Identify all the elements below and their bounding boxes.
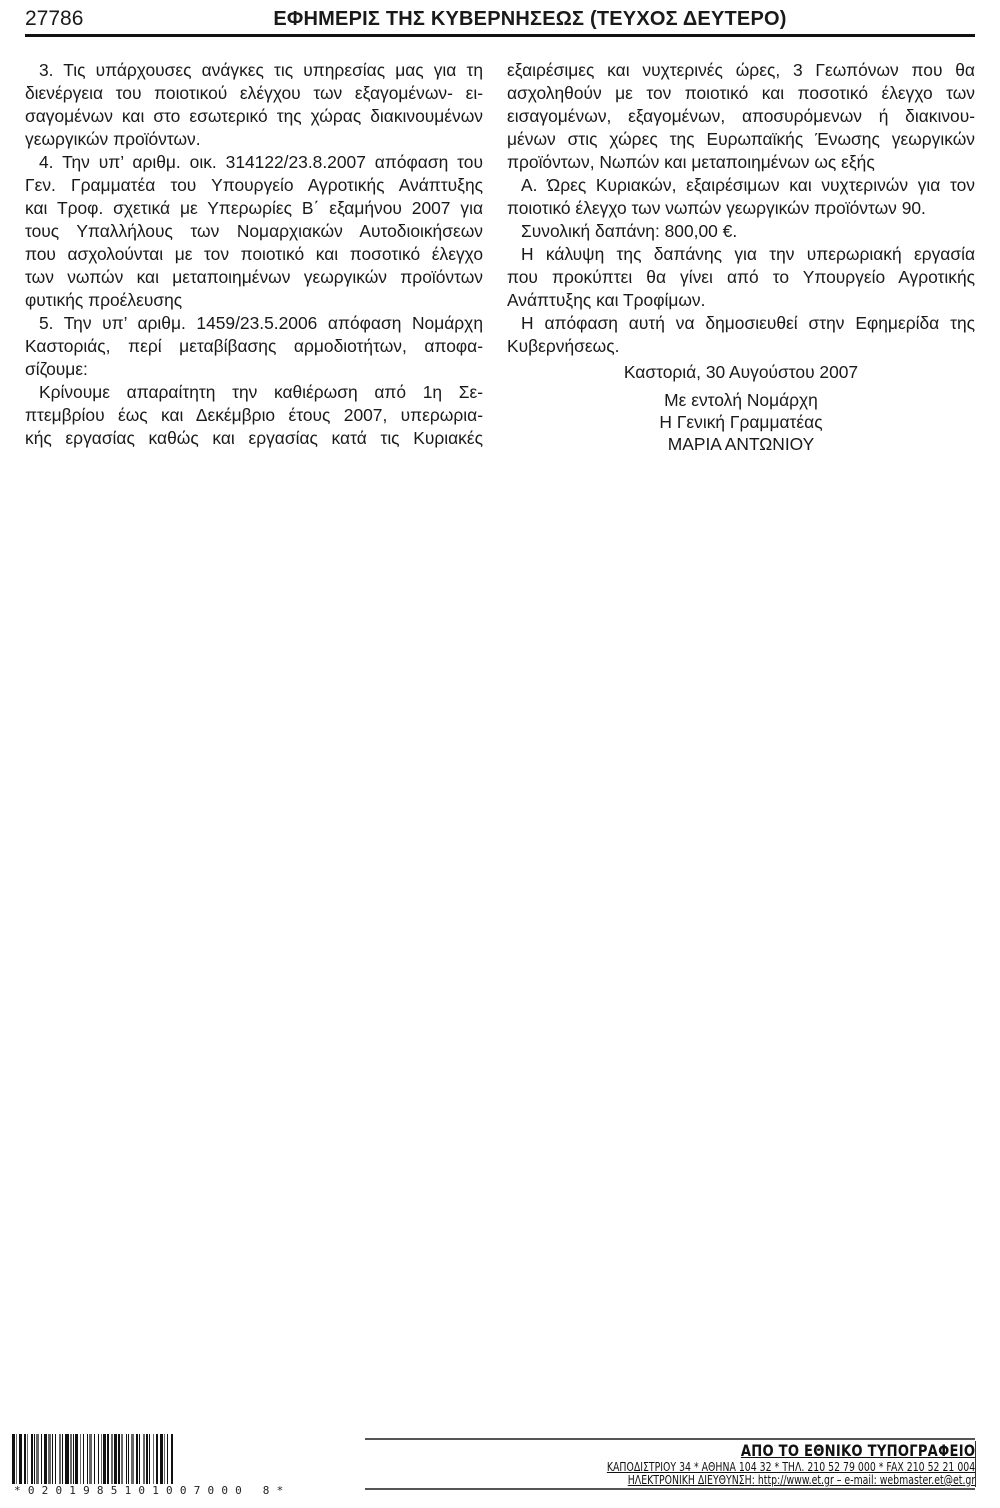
- barcode-digits: *0201985101007000 8*: [14, 1484, 310, 1497]
- text-line: εισαγομένων, εξαγομένων, αποσυρόμενων ή …: [507, 105, 975, 128]
- text-line: Κυβερνήσεως.: [507, 335, 975, 358]
- text-line: τους Υπαλλήλους των Νομαρχιακών Αυτοδιοι…: [25, 220, 483, 243]
- text-line: Καστοριάς, περί μεταβίβασης αρμοδιοτήτων…: [25, 335, 483, 358]
- text-line: πτεμβρίου έως και Δεκέμβριο έτους 2007, …: [25, 404, 483, 427]
- signature-authority: Με εντολή Νομάρχη: [507, 389, 975, 411]
- footer-divider-bottom: [365, 1488, 975, 1490]
- text-line: κής εργασίας καθώς και εργασίας κατά τις…: [25, 427, 483, 450]
- left-column: 3. Τις υπάρχουσες ανάγκες τις υπηρεσίας …: [25, 59, 483, 450]
- footer-divider-top: [365, 1438, 975, 1440]
- text-line: ασχοληθούν με τον ποιοτικό και ποσοτικό …: [507, 82, 975, 105]
- text-line: διενέργεια του ποιοτικού ελέγχου των εξα…: [25, 82, 483, 105]
- text-line: Κρίνουμε απαραίτητη την καθιέρωση από 1η…: [25, 381, 483, 404]
- text-line: γεωργικών προϊόντων.: [25, 128, 483, 151]
- text-line: μένων στις χώρες της Ευρωπαϊκής Ένωσης γ…: [507, 128, 975, 151]
- signature-name: ΜΑΡΙΑ ΑΝΤΩΝΙΟΥ: [507, 433, 975, 455]
- text-line: Η απόφαση αυτή να δημοσιευθεί στην Εφημε…: [507, 312, 975, 335]
- signature-role: Η Γενική Γραμματέας: [507, 411, 975, 433]
- signature-block: Καστοριά, 30 Αυγούστου 2007 Με εντολή Νο…: [507, 361, 975, 455]
- header-divider: [25, 34, 975, 37]
- text-line: 5. Την υπ’ αριθμ. 1459/23.5.2006 απόφαση…: [25, 312, 483, 335]
- text-line: σαγομένων και στο εσωτερικό της χώρας δι…: [25, 105, 483, 128]
- text-line: των νωπών και μεταποιημένων γεωργικών πρ…: [25, 266, 483, 289]
- text-line: σίζουμε:: [25, 358, 483, 381]
- text-line: 3. Τις υπάρχουσες ανάγκες τις υπηρεσίας …: [25, 59, 483, 82]
- text-line: φυτικής προέλευσης: [25, 289, 483, 312]
- text-line: Α. Ώρες Κυριακών, εξαιρέσιμων και νυχτερ…: [507, 174, 975, 197]
- text-line: Γεν. Γραμματέα του Υπουργείο Αγροτικής Α…: [25, 174, 483, 197]
- printer-name: ΑΠΟ ΤΟ ΕΘΝΙΚΟ ΤΥΠΟΓΡΑΦΕΙΟ: [588, 1441, 975, 1461]
- signature-place-date: Καστοριά, 30 Αυγούστου 2007: [507, 361, 975, 383]
- text-line: Η κάλυψη της δαπάνης για την υπερωριακή …: [507, 243, 975, 266]
- right-column: εξαιρέσιμες και νυχτερινές ώρες, 3 Γεωπό…: [507, 59, 975, 455]
- barcode-bar: [173, 1434, 174, 1484]
- text-line: Συνολική δαπάνη: 800,00 €.: [507, 220, 975, 243]
- text-line: και Τροφ. σχετικά με Υπερωρίες Β΄ εξαμήν…: [25, 197, 483, 220]
- gazette-title: ΕΦΗΜΕΡΙΣ ΤΗΣ ΚΥΒΕΡΝΗΣΕΩΣ (ΤΕΥΧΟΣ ΔΕΥΤΕΡΟ…: [25, 6, 975, 32]
- text-line: που ασχολούνται με τον ποιοτικό και ποσο…: [25, 243, 483, 266]
- text-line: που προκύπτει θα γίνει από το Υπουργείο …: [507, 266, 975, 289]
- text-line: εξαιρέσιμες και νυχτερινές ώρες, 3 Γεωπό…: [507, 59, 975, 82]
- printer-imprint: ΑΠΟ ΤΟ ΕΘΝΙΚΟ ΤΥΠΟΓΡΑΦΕΙΟ ΚΑΠΟΔΙΣΤΡΙΟΥ 3…: [503, 1441, 975, 1487]
- printer-web-contact[interactable]: ΗΛΕΚΤΡΟΝΙΚΗ ΔΙΕΥΘΥΝΣΗ: http://www.et.gr …: [607, 1474, 975, 1487]
- text-line: προϊόντων, Νωπών και μεταποιημένων ως εξ…: [507, 151, 975, 174]
- text-line: Ανάπτυξης και Τροφίμων.: [507, 289, 975, 312]
- right-column-body: εξαιρέσιμες και νυχτερινές ώρες, 3 Γεωπό…: [507, 59, 975, 358]
- page-header: 27786 ΕΦΗΜΕΡΙΣ ΤΗΣ ΚΥΒΕΡΝΗΣΕΩΣ (ΤΕΥΧΟΣ Δ…: [25, 6, 975, 36]
- barcode: [12, 1434, 310, 1484]
- text-line: 4. Την υπ’ αριθμ. οικ. 314122/23.8.2007 …: [25, 151, 483, 174]
- footer-box-edge: [975, 1441, 976, 1487]
- text-line: ποιοτικό έλεγχο των νωπών γεωργικών προϊ…: [507, 197, 975, 220]
